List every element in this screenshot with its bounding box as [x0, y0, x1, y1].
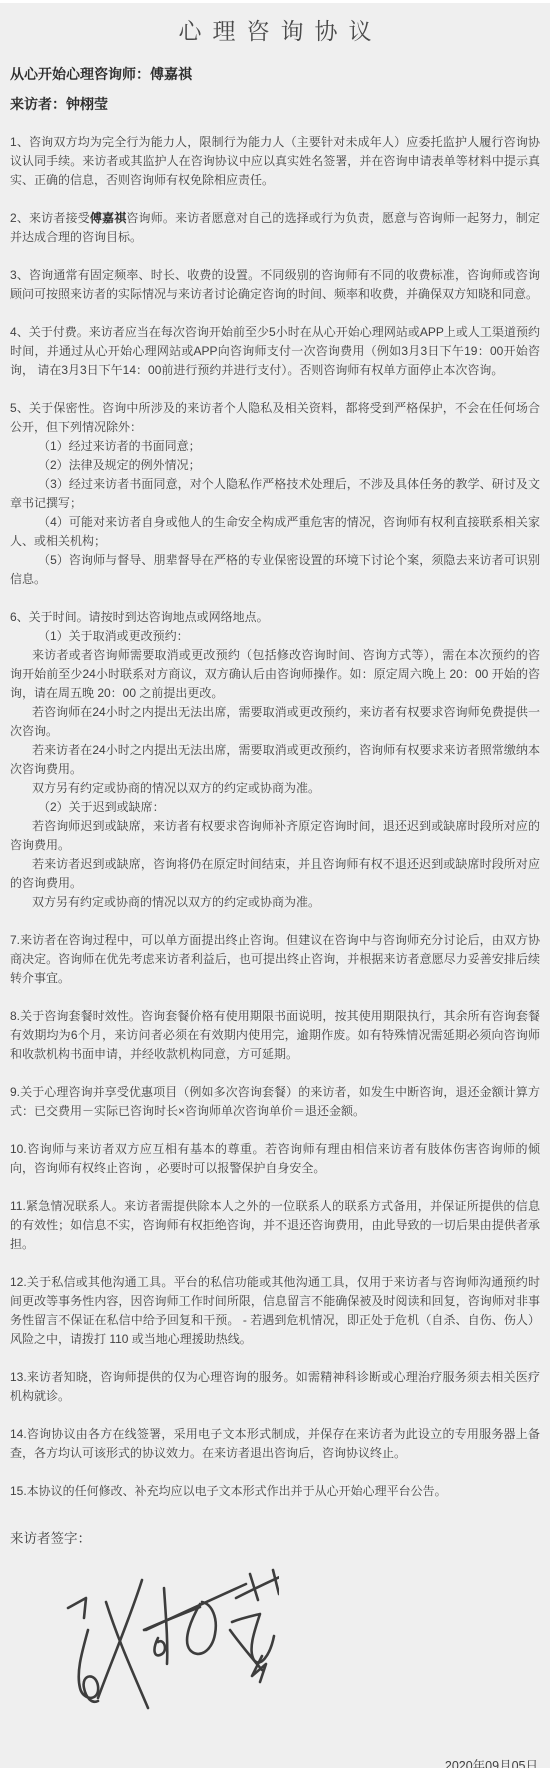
agreement-paragraph-13: 来访者或者咨询师需要取消或更改预约（包括修改咨询时间、咨询方式等），需在本次预约… — [10, 646, 540, 703]
page-title: 心理咨询协议 — [10, 13, 540, 46]
agreement-paragraph-28: 14.咨询协议由各方在线签署，采用电子文本形式制成，并保存在来访者为此设立的专用… — [10, 1425, 540, 1463]
agreement-paragraph-16: 双方另有约定或协商的情况以双方的约定或协商为准。 — [10, 779, 540, 798]
agreement-paragraph-22: 8.关于咨询套餐时效性。咨询套餐价格有使用期限书面说明，按其使用期限执行，其余所… — [10, 1007, 540, 1064]
agreement-paragraph-3: 3、咨询通常有固定频率、时长、收费的设置。不同级别的咨询师有不同的收费标准，咨询… — [10, 266, 540, 304]
agreement-paragraph-25: 11.紧急情况联系人。来访者需提供除本人之外的一位联系人的联系方式备用，并保证所… — [10, 1197, 540, 1254]
agreement-paragraph-18: 若咨询师迟到或缺席，来访者有权要求咨询师补齐原定咨询时间，退还迟到或缺席时段所对… — [10, 817, 540, 855]
agreement-paragraph-6: （1）经过来访者的书面同意； — [10, 437, 540, 456]
visitor-signature-label: 来访者签字： — [10, 1529, 540, 1548]
counselor-name-line: 从心开始心理咨询师：傅嘉祺 — [10, 65, 540, 84]
agreement-page: 心理咨询协议 从心开始心理咨询师：傅嘉祺 来访者：钟栩莹 1、咨询双方均为完全行… — [0, 3, 550, 1768]
agreement-paragraph-7: （2）法律及规定的例外情况； — [10, 456, 540, 475]
agreement-paragraph-1: 1、咨询双方均为完全行为能力人，限制行为能力人（主要针对未成年人）应委托监护人履… — [10, 133, 540, 190]
visitor-signature-image — [54, 1560, 279, 1710]
agreement-body: 1、咨询双方均为完全行为能力人，限制行为能力人（主要针对未成年人）应委托监护人履… — [10, 133, 540, 1501]
visitor-name-line: 来访者：钟栩莹 — [10, 95, 540, 114]
agreement-paragraph-27: 13.来访者知晓，咨询师提供的仅为心理咨询的服务。如需精神科诊断或心理治疗服务须… — [10, 1368, 540, 1406]
agreement-paragraph-24: 10.咨询师与来访者双方应互相有基本的尊重。若咨询师有理由相信来访者有肢体伤害咨… — [10, 1140, 540, 1178]
agreement-paragraph-19: 若来访者迟到或缺席，咨询将仍在原定时间结束，并且咨询师有权不退还迟到或缺席时段所… — [10, 855, 540, 893]
agreement-paragraph-23: 9.关于心理咨询并享受优惠项目（例如多次咨询套餐）的来访者，如发生中断咨询，退还… — [10, 1083, 540, 1121]
agreement-paragraph-17: （2）关于迟到或缺席： — [10, 798, 540, 817]
agreement-paragraph-9: （4）可能对来访者自身或他人的生命安全构成严重危害的情况，咨询师有权利直接联系相… — [10, 513, 540, 551]
agreement-paragraph-29: 15.本协议的任何修改、补充均应以电子文本形式作出并于从心开始心理平台公告。 — [10, 1482, 540, 1501]
agreement-paragraph-12: （1）关于取消或更改预约： — [10, 627, 540, 646]
agreement-paragraph-26: 12.关于私信或其他沟通工具。平台的私信功能或其他沟通工具，仅用于来访者与咨询师… — [10, 1273, 540, 1349]
agreement-paragraph-11: 6、关于时间。请按时到达咨询地点或网络地点。 — [10, 608, 540, 627]
agreement-paragraph-10: （5）咨询师与督导、朋辈督导在严格的专业保密设置的环境下讨论个案，须隐去来访者可… — [10, 551, 540, 589]
agreement-paragraph-21: 7.来访者在咨询过程中，可以单方面提出终止咨询。但建议在咨询中与咨询师充分讨论后… — [10, 931, 540, 988]
agreement-paragraph-2: 2、来访者接受傅嘉祺咨询师。来访者愿意对自己的选择或行为负责，愿意与咨询师一起努… — [10, 209, 540, 247]
agreement-paragraph-20: 双方另有约定或协商的情况以双方的约定或协商为准。 — [10, 893, 540, 912]
signature-date: 2020年09月05日 — [10, 1756, 538, 1768]
agreement-paragraph-14: 若咨询师在24小时之内提出无法出席，需要取消或更改预约，来访者有权要求咨询师免费… — [10, 703, 540, 741]
agreement-paragraph-8: （3）经过来访者书面同意，对个人隐私作严格技术处理后，不涉及具体任务的教学、研讨… — [10, 475, 540, 513]
agreement-paragraph-4: 4、关于付费。来访者应当在每次咨询开始前至少5小时在从心开始心理网站或APP上或… — [10, 323, 540, 380]
agreement-paragraph-15: 若来访者在24小时之内提出无法出席，需要取消或更改预约，咨询师有权要求来访者照常… — [10, 741, 540, 779]
agreement-paragraph-5: 5、关于保密性。咨询中所涉及的来访者个人隐私及相关资料，都将受到严格保护，不会在… — [10, 399, 540, 437]
